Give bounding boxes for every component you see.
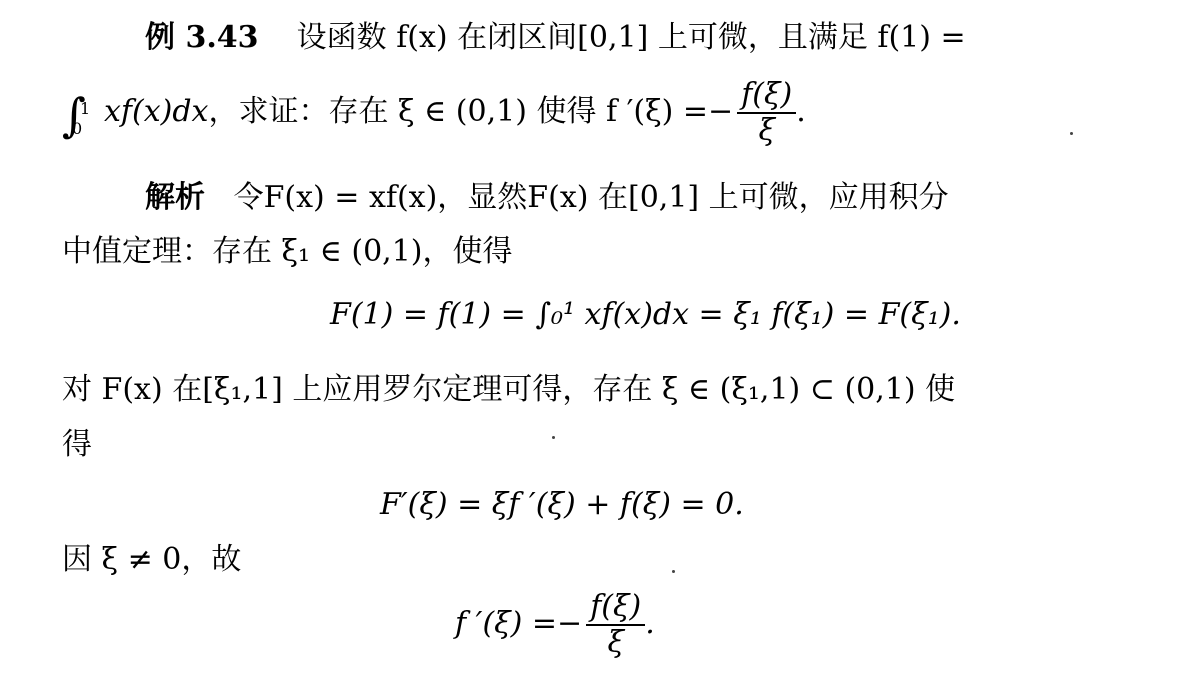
fraction: f(ξ)ξ [737, 78, 796, 148]
solution-line-2: 中值定理：存在 ξ₁ ∈ (0,1)，使得 [62, 232, 512, 272]
example-statement-1: 设函数 f(x) 在闭区间[0,1] 上可微，且满足 f(1) = [297, 20, 966, 55]
example-line-1: 例 3.43 设函数 f(x) 在闭区间[0,1] 上可微，且满足 f(1) = [145, 18, 966, 58]
equation-2-text: F′(ξ) = ξf ′(ξ) + f(ξ) = 0. [380, 487, 744, 522]
solution-line-3: 对 F(x) 在[ξ₁,1] 上应用罗尔定理可得，存在 ξ ∈ (ξ₁,1) ⊂… [62, 370, 955, 410]
solution-text-2: 中值定理：存在 ξ₁ ∈ (0,1)，使得 [62, 234, 512, 269]
fraction: f(ξ)ξ [586, 590, 645, 660]
solution-line-4: 得 [62, 425, 92, 465]
solution-text-5: 因 ξ ≠ 0，故 [62, 542, 241, 577]
scan-speck [672, 570, 675, 573]
example-label: 例 3.43 [145, 20, 259, 55]
solution-line-1: 解析 令F(x) = xf(x)，显然F(x) 在[0,1] 上可微，应用积分 [145, 178, 949, 218]
scan-speck [552, 436, 555, 439]
example-line-2: ∫10xf(x)dx，求证：存在 ξ ∈ (0,1) 使得 f ′(ξ) =−f… [62, 78, 806, 148]
solution-line-5: 因 ξ ≠ 0，故 [62, 540, 241, 580]
equation-2: F′(ξ) = ξf ′(ξ) + f(ξ) = 0. [380, 485, 744, 525]
integral-sign: ∫10 [62, 95, 86, 135]
integrand: xf(x)dx [104, 94, 208, 129]
example-statement-2: ，求证：存在 ξ ∈ (0,1) 使得 f ′(ξ) =− [208, 94, 733, 129]
solution-label: 解析 [145, 180, 205, 215]
equation-1: F(1) = f(1) = ∫₀¹ xf(x)dx = ξ₁ f(ξ₁) = F… [330, 295, 961, 335]
equation-3-lhs: f ′(ξ) =− [455, 606, 582, 641]
solution-text-1: 令F(x) = xf(x)，显然F(x) 在[0,1] 上可微，应用积分 [234, 180, 949, 215]
scan-speck [1070, 132, 1073, 135]
solution-text-3: 对 F(x) 在[ξ₁,1] 上应用罗尔定理可得，存在 ξ ∈ (ξ₁,1) ⊂… [62, 372, 955, 407]
equation-3: f ′(ξ) =−f(ξ)ξ. [455, 590, 655, 660]
solution-text-4: 得 [62, 427, 92, 462]
equation-1-text: F(1) = f(1) = ∫₀¹ xf(x)dx = ξ₁ f(ξ₁) = F… [330, 297, 961, 332]
